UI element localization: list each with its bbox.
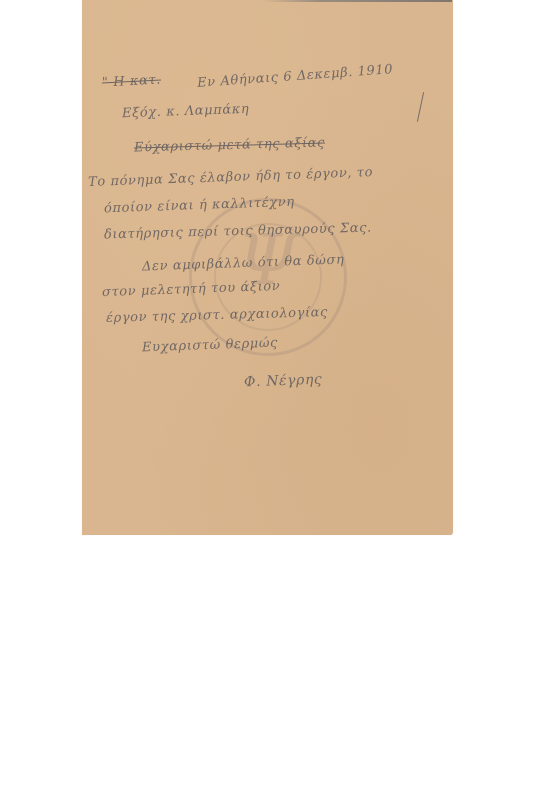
place-and-date: Εν Αθήναις 6 Δεκεμβ. 1910 xyxy=(197,62,394,91)
salutation: Εξόχ. κ. Λαμπάκη xyxy=(122,102,250,121)
date-underline-stroke xyxy=(417,92,425,122)
scan-edge-strip xyxy=(262,0,452,2)
body-line-1: Το πόνημα Σας έλαβον ήδη το έργον, το xyxy=(88,165,373,190)
letter-page: Ψ " Η κατ. Εν Αθήναις 6 Δεκεμβ. 1910 Εξό… xyxy=(82,0,453,535)
signature: Φ. Νέγρης xyxy=(244,372,323,391)
struck-line: Εύχαριστώ μετά της αξίας xyxy=(134,136,325,156)
struck-heading: " Η κατ. xyxy=(102,72,162,90)
